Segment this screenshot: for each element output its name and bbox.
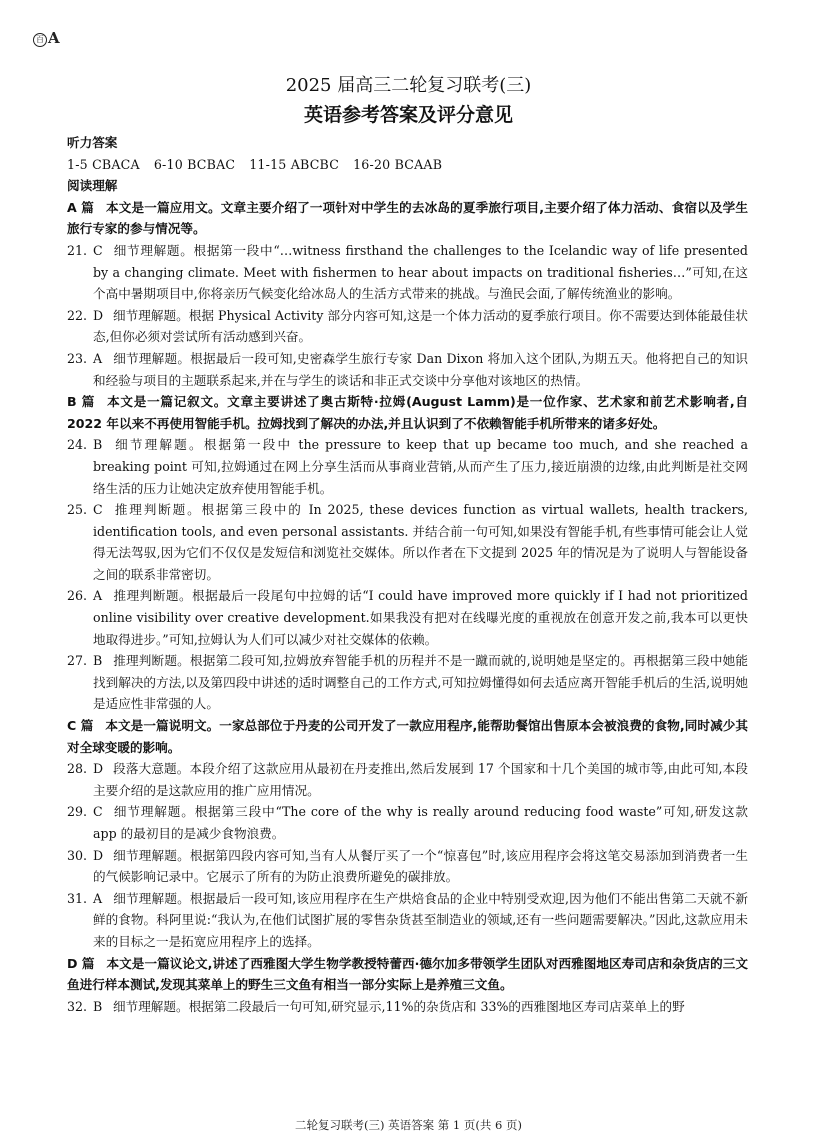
version-letter: A — [48, 29, 60, 47]
summary-text: 本文是一篇记叙文。文章主要讲述了奥古斯特·拉姆(August Lamm)是一位作… — [67, 394, 748, 431]
explanation: 推理判断题。根据第二段可知,拉姆放弃智能手机的历程并不是一蹴而就的,说明她是坚定… — [93, 653, 748, 711]
document-subtitle: 英语参考答案及评分意见 — [0, 100, 817, 127]
explanation: 推理判断题。根据第三段中的 In 2025, these devices fun… — [93, 502, 748, 582]
answer-letter: D — [93, 845, 113, 867]
reading-heading: 阅读理解 — [67, 175, 748, 197]
answer-item: 28.D段落大意题。本段介绍了这款应用从最初在丹麦推出,然后发展到 17 个国家… — [67, 758, 748, 801]
question-number: 25. — [67, 499, 93, 521]
summary-text: 本文是一篇应用文。文章主要介绍了一项针对中学生的去冰岛的夏季旅行项目,主要介绍了… — [67, 200, 748, 237]
answer-item: 32.B细节理解题。根据第二段最后一句可知,研究显示,11%的杂货店和 33%的… — [67, 996, 748, 1018]
answer-letter: C — [93, 240, 113, 262]
summary-text: 本文是一篇说明文。一家总部位于丹麦的公司开发了一款应用程序,能帮助餐馆出售原本会… — [67, 718, 748, 755]
question-number: 30. — [67, 845, 93, 867]
exam-title: 2025 届高三二轮复习联考(三) — [0, 71, 817, 97]
answer-letter: D — [93, 758, 113, 780]
listening-group: 1-5 CBACA — [67, 157, 140, 172]
answer-item: 21.C细节理解题。根据第一段中“…witness firsthand the … — [67, 240, 748, 305]
answer-letter: B — [93, 650, 113, 672]
answer-item: 26.A推理判断题。根据最后一段尾句中拉姆的话“I could have imp… — [67, 585, 748, 650]
listening-group: 6-10 BCBAC — [154, 157, 235, 172]
page-footer: 二轮复习联考(三) 英语答案 第 1 页(共 6 页) — [0, 1117, 817, 1133]
answer-item: 22.D细节理解题。根据 Physical Activity 部分内容可知,这是… — [67, 305, 748, 348]
passage-label: C 篇 — [67, 718, 93, 733]
listening-answers: 1-5 CBACA6-10 BCBAC11-15 ABCBC16-20 BCAA… — [67, 154, 748, 176]
answer-letter: C — [93, 499, 113, 521]
answer-letter: C — [93, 801, 113, 823]
explanation: 细节理解题。根据第四段内容可知,当有人从餐厅买了一个“惊喜包”时,该应用程序会将… — [93, 848, 748, 885]
answer-letter: A — [93, 585, 113, 607]
question-number: 32. — [67, 996, 93, 1018]
listening-group: 11-15 ABCBC — [249, 157, 339, 172]
passage-summary-c: C 篇本文是一篇说明文。一家总部位于丹麦的公司开发了一款应用程序,能帮助餐馆出售… — [67, 715, 748, 758]
answer-item: 23.A细节理解题。根据最后一段可知,史密森学生旅行专家 Dan Dixon 将… — [67, 348, 748, 391]
explanation: 细节理解题。根据 Physical Activity 部分内容可知,这是一个体力… — [93, 308, 748, 345]
question-number: 27. — [67, 650, 93, 672]
listening-heading: 听力答案 — [67, 132, 748, 154]
passage-label: B 篇 — [67, 394, 95, 409]
question-number: 22. — [67, 305, 93, 327]
answer-content: 听力答案 1-5 CBACA6-10 BCBAC11-15 ABCBC16-20… — [67, 132, 748, 1017]
listening-group: 16-20 BCAAB — [353, 157, 442, 172]
passage-label: A 篇 — [67, 200, 94, 215]
explanation: 细节理解题。根据最后一段可知,史密森学生旅行专家 Dan Dixon 将加入这个… — [93, 351, 748, 388]
question-number: 31. — [67, 888, 93, 910]
answer-item: 29.C细节理解题。根据第三段中“The core of the why is … — [67, 801, 748, 844]
question-number: 29. — [67, 801, 93, 823]
explanation: 细节理解题。根据第一段中“…witness firsthand the chal… — [93, 243, 748, 301]
passage-summary-d: D 篇本文是一篇议论文,讲述了西雅图大学生物学教授特蕾西·德尔加多带领学生团队对… — [67, 953, 748, 996]
summary-text: 本文是一篇议论文,讲述了西雅图大学生物学教授特蕾西·德尔加多带领学生团队对西雅图… — [67, 956, 748, 993]
corner-mark: 百A — [33, 29, 60, 47]
explanation: 细节理解题。根据第一段中 the pressure to keep that u… — [93, 437, 748, 495]
answer-letter: B — [93, 434, 113, 456]
answer-item: 27.B推理判断题。根据第二段可知,拉姆放弃智能手机的历程并不是一蹴而就的,说明… — [67, 650, 748, 715]
explanation: 细节理解题。根据第三段中“The core of the why is real… — [93, 804, 748, 841]
question-number: 21. — [67, 240, 93, 262]
answer-letter: A — [93, 348, 113, 370]
explanation: 细节理解题。根据第二段最后一句可知,研究显示,11%的杂货店和 33%的西雅图地… — [113, 999, 685, 1014]
question-number: 24. — [67, 434, 93, 456]
passage-summary-b: B 篇本文是一篇记叙文。文章主要讲述了奥古斯特·拉姆(August Lamm)是… — [67, 391, 748, 434]
answer-item: 30.D细节理解题。根据第四段内容可知,当有人从餐厅买了一个“惊喜包”时,该应用… — [67, 845, 748, 888]
passage-summary-a: A 篇本文是一篇应用文。文章主要介绍了一项针对中学生的去冰岛的夏季旅行项目,主要… — [67, 197, 748, 240]
answer-item: 31.A细节理解题。根据最后一段可知,该应用程序在生产烘焙食品的企业中特别受欢迎… — [67, 888, 748, 953]
answer-letter: B — [93, 996, 113, 1018]
answer-item: 24.B细节理解题。根据第一段中 the pressure to keep th… — [67, 434, 748, 499]
passage-label: D 篇 — [67, 956, 95, 971]
circle-mark-icon: 百 — [33, 33, 47, 47]
question-number: 23. — [67, 348, 93, 370]
answer-letter: A — [93, 888, 113, 910]
answer-letter: D — [93, 305, 113, 327]
question-number: 28. — [67, 758, 93, 780]
answer-item: 25.C推理判断题。根据第三段中的 In 2025, these devices… — [67, 499, 748, 585]
question-number: 26. — [67, 585, 93, 607]
explanation: 段落大意题。本段介绍了这款应用从最初在丹麦推出,然后发展到 17 个国家和十几个… — [93, 761, 748, 798]
explanation: 细节理解题。根据最后一段可知,该应用程序在生产烘焙食品的企业中特别受欢迎,因为他… — [93, 891, 748, 949]
explanation: 推理判断题。根据最后一段尾句中拉姆的话“I could have improve… — [93, 588, 748, 646]
